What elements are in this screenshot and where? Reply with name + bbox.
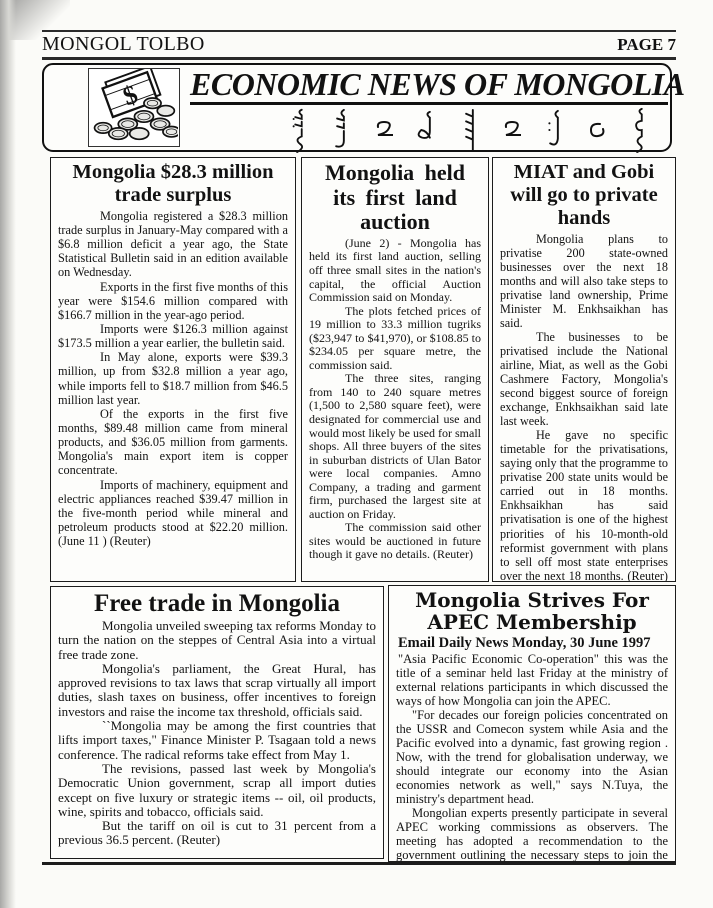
masthead-row: MONGOL TOLBO PAGE 7 (42, 33, 676, 56)
article-title: Free trade in Mongolia (58, 590, 376, 618)
article-paragraph: Mongolia unveiled sweeping tax reforms M… (58, 619, 376, 662)
article-paragraph: The plots fetched prices of 19 million t… (309, 305, 481, 373)
article-paragraph: Imports were $126.3 million against $173… (58, 322, 288, 350)
article-paragraph: Imports of machinery, equipment and elec… (58, 478, 288, 549)
article-paragraph: The businesses to be privatised include … (500, 330, 668, 428)
banner-box: $ (42, 63, 672, 152)
article-paragraph: "For decades our foreign policies concen… (396, 708, 668, 806)
article-title: Mongolia held its first land auction (309, 161, 481, 235)
article-paragraph: Mongolia registered a $28.3 million trad… (58, 209, 288, 280)
article-paragraph: ``Mongolia may be among the first countr… (58, 719, 376, 762)
article-title: MIAT and Gobi will go to private hands (500, 161, 668, 230)
article-paragraph: The revisions, passed last week by Mongo… (58, 762, 376, 819)
article-title: Mongolia $28.3 million trade surplus (58, 161, 288, 207)
article-byline: Email Daily News Monday, 30 June 1997 (398, 635, 668, 651)
scan-artifact-left-edge (0, 0, 16, 908)
article-free-trade: Free trade in Mongolia Mongolia unveiled… (50, 586, 384, 859)
banner-title-area: ECONOMIC NEWS OF MONGOLIA (190, 65, 668, 150)
article-paragraph: The commission said other sites would be… (309, 521, 481, 562)
article-paragraph: Of the exports in the first five months,… (58, 407, 288, 478)
mongolian-script-glyph-icon (502, 120, 521, 140)
mongolian-script-glyph-icon (546, 109, 563, 151)
bottom-rule (42, 862, 676, 865)
mongolian-script-glyph-icon (374, 120, 393, 140)
article-trade-surplus: Mongolia $28.3 million trade surplus Mon… (50, 157, 296, 582)
page-number: PAGE 7 (617, 35, 676, 55)
mongolian-script-glyph-icon (417, 110, 436, 150)
article-paragraph: But the tariff on oil is cut to 31 perce… (58, 819, 376, 848)
mongolian-script-glyph-icon (587, 121, 605, 139)
masthead-rule (42, 57, 676, 60)
article-apec: Mongolia Strives For APEC Membership Ema… (388, 585, 676, 862)
article-paragraph: "Asia Pacific Economic Co-operation" thi… (396, 652, 668, 708)
mongolian-script-row (290, 107, 648, 153)
mongolian-script-glyph-icon (630, 107, 648, 153)
banner-title-underline (190, 102, 668, 105)
top-rule (42, 30, 676, 32)
article-paragraph: Mongolian experts presently participate … (396, 806, 668, 862)
article-paragraph: Mongolia plans to privatise 200 state-ow… (500, 232, 668, 330)
money-clipart-frame: $ (88, 68, 180, 147)
article-land-auction: Mongolia held its first land auction (Ju… (301, 157, 489, 582)
article-paragraph: The three sites, ranging from 140 to 240… (309, 372, 481, 521)
article-privatisation: MIAT and Gobi will go to private hands M… (492, 157, 676, 582)
article-paragraph: (June 2) - Mongolia has held its first l… (309, 237, 481, 305)
article-paragraph: Mongolia's parliament, the Great Hural, … (58, 662, 376, 719)
article-paragraph: Exports in the first five months of this… (58, 280, 288, 322)
mongolian-script-glyph-icon (332, 108, 349, 152)
masthead-title: MONGOL TOLBO (42, 33, 205, 56)
mongolian-script-glyph-icon (290, 107, 307, 153)
money-coins-clipart-icon: $ (89, 69, 178, 145)
banner-title: ECONOMIC NEWS OF MONGOLIA (190, 68, 668, 101)
article-paragraph: In May alone, exports were $39.3 million… (58, 350, 288, 407)
article-title: Mongolia Strives For APEC Membership (396, 589, 668, 633)
article-paragraph: He gave no specific timetable for the pr… (500, 428, 668, 582)
mongolian-script-glyph-icon (461, 108, 477, 152)
